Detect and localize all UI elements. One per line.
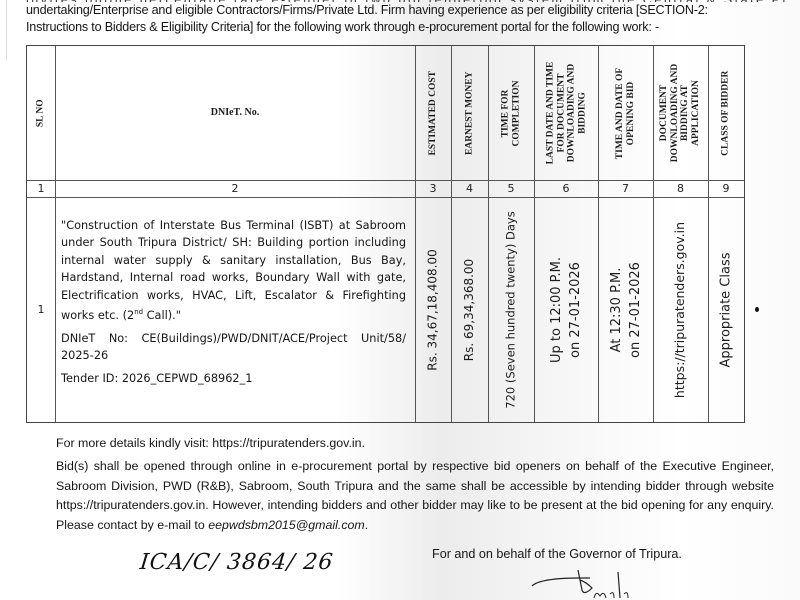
- col-number: 8: [653, 180, 708, 197]
- cell-class-of-bidder: Appropriate Class: [708, 197, 744, 422]
- contact-email[interactable]: eepwdsbm2015@gmail.com: [208, 518, 365, 532]
- header-class-of-bidder: CLASS OF BIDDER: [708, 46, 744, 180]
- cell-last-date: Up to 12:00 P.M.on 27-01-2026: [534, 197, 598, 422]
- col-number: 3: [415, 180, 451, 197]
- header-time-for-completion: TIME FORCOMPLETION: [488, 46, 534, 180]
- dniet-number: DNIeT No: CE(Buildings)/PWD/DNIT/ACE/Pro…: [61, 330, 406, 364]
- header-sl-no: SL NO: [27, 46, 55, 180]
- row-sl-no: 1: [27, 197, 55, 422]
- col-number: 2: [55, 180, 415, 197]
- visit-details: For more details kindly visit: https://t…: [26, 434, 774, 454]
- header-last-date: LAST DATE AND TIMEFOR DOCUMENTDOWNLOADIN…: [534, 46, 598, 180]
- col-number: 7: [598, 180, 653, 197]
- header-estimated-cost: ESTIMATED COST: [415, 46, 451, 180]
- ink-mark: [755, 307, 759, 312]
- col-number: 6: [534, 180, 598, 197]
- signature: [530, 568, 660, 600]
- col-number: 1: [27, 180, 55, 197]
- cell-time-for-completion: 720 (Seven hundred twenty) Days: [488, 197, 534, 422]
- scan-edge: [0, 0, 7, 60]
- col-number: 4: [451, 180, 488, 197]
- tender-notice-page: invites online percentage rate e-tender …: [0, 0, 800, 600]
- bid-opening-paragraph: Bid(s) shall be opened through online in…: [26, 457, 774, 535]
- governor-behalf-text: For and on behalf of the Governor of Tri…: [432, 547, 682, 561]
- intro-partial-line: invites online percentage rate e-tender …: [26, 0, 786, 2]
- tender-id: Tender ID: 2026_CEPWD_68962_1: [61, 370, 406, 387]
- col-number: 9: [708, 180, 744, 197]
- cell-earnest-money: Rs. 69,34,368.00: [451, 197, 488, 422]
- header-dniet-no: DNIeT. No.: [55, 46, 415, 180]
- cell-estimated-cost: Rs. 34,67,18,408.00: [415, 197, 451, 422]
- header-earnest-money: EARNEST MONEY: [451, 46, 488, 180]
- col-number: 5: [488, 180, 534, 197]
- cell-opening-bid: At 12:30 P.M.on 27-01-2026: [598, 197, 653, 422]
- handwritten-reference: ICA/C/ 3864/ 26: [139, 550, 335, 575]
- work-title: "Construction of Interstate Bus Terminal…: [61, 217, 406, 324]
- intro-line-1: undertaking/Enterprise and eligible Cont…: [26, 2, 786, 19]
- intro-paragraph: invites online percentage rate e-tender …: [26, 0, 786, 36]
- header-opening-bid: TIME AND DATE OFOPENING BID: [598, 46, 653, 180]
- intro-line-2: Instructions to Bidders & Eligibility Cr…: [26, 19, 786, 36]
- work-description: "Construction of Interstate Bus Terminal…: [61, 217, 406, 393]
- cell-download-url[interactable]: https://tripuratenders.gov.in: [653, 197, 708, 422]
- header-document-downloading: DOCUMENTDOWNLOADING ANDBIDDING ATAPPLICA…: [653, 46, 708, 180]
